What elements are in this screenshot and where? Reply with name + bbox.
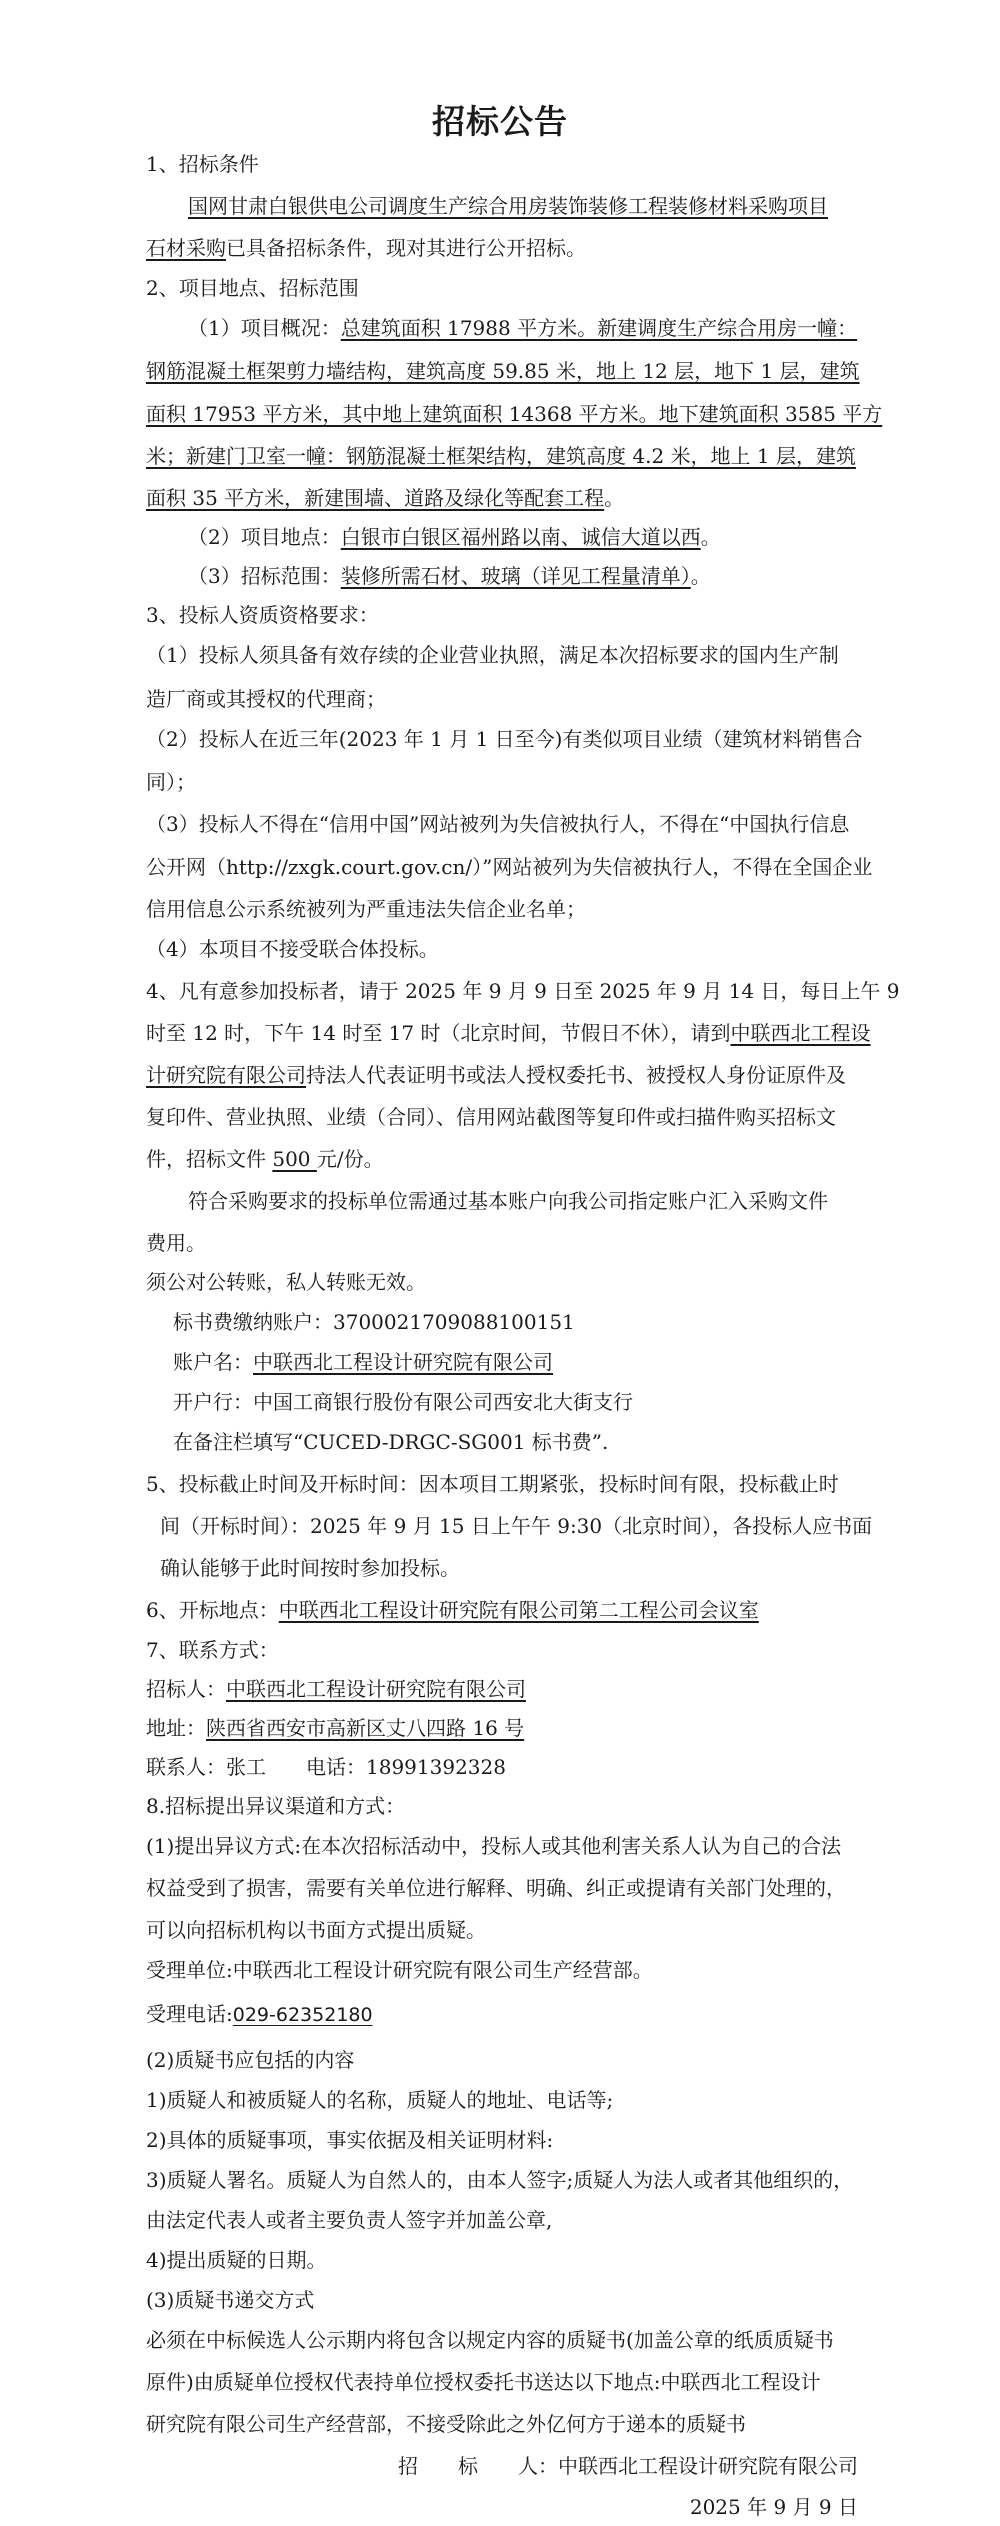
complaint-item-3-line-2: 由法定代表人或者主要负责人签字并加盖公章, [146,2206,858,2234]
scope-label: （3）招标范围： [188,564,341,588]
project-name-tail: 石材采购 [146,236,226,260]
location-label: （2）项目地点： [188,525,341,549]
purchase-location-tail: 计研究院有限公司 [146,1063,306,1087]
requirement-2-line-2: 同）； [146,768,858,796]
signer-label: 招 标 人： [398,2454,558,2478]
account-number: 3700021709088100151 [333,1310,575,1334]
address: 陕西省西安市高新区丈八四路 16 号 [206,1716,524,1740]
objection-line-2: 权益受到了损害，需要有关单位进行解释、明确、纠正或提请有关部门处理的， [146,1874,858,1902]
section-1-project-line: 国网甘肃白银供电公司调度生产综合用房装饰装修工程装修材料采购项目 [188,192,900,220]
opening-location-label: 6、开标地点： [146,1598,279,1622]
section-1-conditions-line: 石材采购已具备招标条件，现对其进行公开招标。 [146,234,858,262]
payment-note-line-2: 费用。 [146,1229,858,1257]
submission-line-1: 必须在中标候选人公示期内将包含以规定内容的质疑书(加盖公章的纸质质疑书 [146,2326,858,2354]
project-name: 国网甘肃白银供电公司调度生产综合用房装饰装修工程装修材料采购项目 [188,194,828,218]
tenderer-line: 招标人：中联西北工程设计研究院有限公司 [146,1675,858,1703]
receiving-phone: 029-62352180 [233,2004,373,2026]
overview-line-4: 米；新建门卫室一幢：钢筋混凝土框架结构，建筑高度 4.2 米，地上 1 层，建筑 [146,442,858,470]
overview-text: 总建筑面积 17988 平方米。新建调度生产综合用房一幢： [341,316,857,340]
account-name-label: 账户名： [173,1350,253,1374]
account-number-line: 标书费缴纳账户：3700021709088100151 [173,1308,885,1336]
announcement-date: 2025 年 9 月 9 日 [146,2493,858,2521]
bank-label: 开户行： [173,1390,253,1414]
receiving-phone-line: 受理电话:029-62352180 [146,2000,858,2029]
period: 。 [691,564,711,588]
contact-label: 联系人： [146,1755,226,1779]
opening-location: 中联西北工程设计研究院有限公司第二工程公司会议室 [279,1598,759,1622]
location-line: （2）项目地点：白银市白银区福州路以南、诚信大道以西。 [188,523,900,551]
tenderer-label: 招标人： [146,1677,226,1701]
bank-name: 中国工商银行股份有限公司西安北大街支行 [253,1390,633,1414]
section-5-line-3: 确认能够于此时间按时参加投标。 [160,1554,872,1582]
signer-name: 中联西北工程设计研究院有限公司 [558,2454,858,2478]
account-number-label: 标书费缴纳账户： [173,1310,333,1334]
bank-line: 开户行：中国工商银行股份有限公司西安北大街支行 [173,1388,885,1416]
payment-note-line-1: 符合采购要求的投标单位需通过基本账户向我公司指定账户汇入采购文件 [188,1187,900,1215]
complaint-content-heading: (2)质疑书应包括的内容 [146,2046,858,2074]
requirement-4: （4）本项目不接受联合体投标。 [146,935,858,963]
account-name-line: 账户名：中联西北工程设计研究院有限公司 [173,1348,885,1376]
tender-announcement-document: 招标公告 1、招标条件 国网甘肃白银供电公司调度生产综合用房装饰装修工程装修材料… [0,0,1000,2526]
section-7-heading: 7、联系方式： [146,1636,858,1664]
overview-line-2: 钢筋混凝土框架剪力墙结构，建筑高度 59.85 米，地上 12 层，地下 1 层… [146,357,858,385]
section-4-line-5: 件，招标文件 500 元/份。 [146,1145,858,1173]
address-line: 地址：陕西省西安市高新区丈八四路 16 号 [146,1714,858,1742]
receiving-phone-label: 受理电话: [146,2002,233,2026]
overview-text-end: 面积 35 平方米，新建围墙、道路及绿化等配套工程 [146,486,604,510]
requirement-3-line-2: 公开网（http://zxgk.court.gov.cn/）”网站被列为失信被执… [146,853,858,881]
required-documents-text: 持法人代表证明书或法人授权委托书、被授权人身份证原件及 [306,1063,846,1087]
location-value: 白银市白银区福州路以南、诚信大道以西 [341,525,701,549]
fee-label: 件，招标文件 [146,1147,272,1171]
submission-line-2: 原件)由质疑单位授权代表持单位授权委托书送达以下地点:中联西北工程设计 [146,2368,858,2396]
requirement-2-line-1: （2）投标人在近三年(2023 年 1 月 1 日至今)有类似项目业绩（建筑材料… [146,725,858,753]
complaint-item-3-line-1: 3)质疑人署名。质疑人为自然人的，由本人签字;质疑人为法人或者其他组织的， [146,2166,858,2194]
objection-line-1: (1)提出异议方式:在本次招标活动中，投标人或其他利害关系人认为自己的合法 [146,1832,858,1860]
complaint-item-1: 1)质疑人和被质疑人的名称，质疑人的地址、电话等; [146,2086,858,2114]
section-6-line: 6、开标地点：中联西北工程设计研究院有限公司第二工程公司会议室 [146,1596,858,1624]
tenderer-name: 中联西北工程设计研究院有限公司 [226,1677,526,1701]
page-title: 招标公告 [0,96,1000,143]
overview-line-5: 面积 35 平方米，新建围墙、道路及绿化等配套工程。 [146,484,858,512]
contact-line: 联系人：张工电话：18991392328 [146,1753,858,1781]
fee-unit: 元/份。 [317,1147,384,1171]
account-name: 中联西北工程设计研究院有限公司 [253,1350,553,1374]
memo-line: 在备注栏填写“CUCED-DRGC-SG001 标书费”. [173,1428,885,1456]
conditions-text: 已具备招标条件，现对其进行公开招标。 [226,236,586,260]
phone-number: 18991392328 [366,1755,506,1779]
requirement-3-line-3: 信用信息公示系统被列为严重违法失信企业名单； [146,895,858,923]
section-8-heading: 8.招标提出异议渠道和方式： [146,1792,858,1820]
address-label: 地址： [146,1716,206,1740]
phone-label: 电话： [306,1755,366,1779]
overview-label: （1）项目概况： [188,316,341,340]
signature-line: 招 标 人：中联西北工程设计研究院有限公司 [146,2452,858,2480]
requirement-1-line-2: 造厂商或其授权的代理商； [146,685,858,713]
complaint-item-2: 2)具体的质疑事项，事实依据及相关证明材料: [146,2126,858,2154]
section-1-heading: 1、招标条件 [146,150,858,178]
transfer-rule: 须公对公转账，私人转账无效。 [146,1268,858,1296]
submission-line-3: 研究院有限公司生产经营部，不接受除此之外亿何方于递本的质疑书 [146,2410,858,2438]
purchase-location: 中联西北工程设 [731,1021,871,1045]
section-5-line-2: 间（开标时间）：2025 年 9 月 15 日上午午 9:30（北京时间），各投… [160,1512,872,1540]
requirement-1-line-1: （1）投标人须具备有效存续的企业营业执照，满足本次招标要求的国内生产制 [146,641,858,669]
section-5-line-1: 5、投标截止时间及开标时间：因本项目工期紧张，投标时间有限，投标截止时 [146,1470,858,1498]
overview-line-3: 面积 17953 平方米，其中地上建筑面积 14368 平方米。地下建筑面积 3… [146,400,858,428]
overview-line-1: （1）项目概况：总建筑面积 17988 平方米。新建调度生产综合用房一幢： [188,314,900,342]
contact-name: 张工 [226,1755,266,1779]
receiving-unit: 受理单位:中联西北工程设计研究院有限公司生产经营部。 [146,1956,858,1984]
fee-amount: 500 [272,1147,317,1171]
purchase-time-text: 时至 12 时，下午 14 时至 17 时（北京时间，节假日不休），请到 [146,1021,731,1045]
period: 。 [701,525,721,549]
objection-line-3: 可以向招标机构以书面方式提出质疑。 [146,1916,858,1944]
scope-line: （3）招标范围：装修所需石材、玻璃（详见工程量清单）。 [188,562,900,590]
section-2-heading: 2、项目地点、招标范围 [146,274,858,302]
period: 。 [604,486,624,510]
section-4-line-1: 4、凡有意参加投标者，请于 2025 年 9 月 9 日至 2025 年 9 月… [146,977,858,1005]
scope-value: 装修所需石材、玻璃（详见工程量清单） [341,564,691,588]
requirement-3-line-1: （3）投标人不得在“信用中国”网站被列为失信被执行人，不得在“中国执行信息 [146,810,858,838]
submission-heading: (3)质疑书递交方式 [146,2286,858,2314]
section-4-line-2: 时至 12 时，下午 14 时至 17 时（北京时间，节假日不休），请到中联西北… [146,1019,858,1047]
section-3-heading: 3、投标人资质资格要求： [146,601,858,629]
complaint-item-4: 4)提出质疑的日期。 [146,2246,858,2274]
section-4-line-4: 复印件、营业执照、业绩（合同）、信用网站截图等复印件或扫描件购买招标文 [146,1103,858,1131]
section-4-line-3: 计研究院有限公司持法人代表证明书或法人授权委托书、被授权人身份证原件及 [146,1061,858,1089]
